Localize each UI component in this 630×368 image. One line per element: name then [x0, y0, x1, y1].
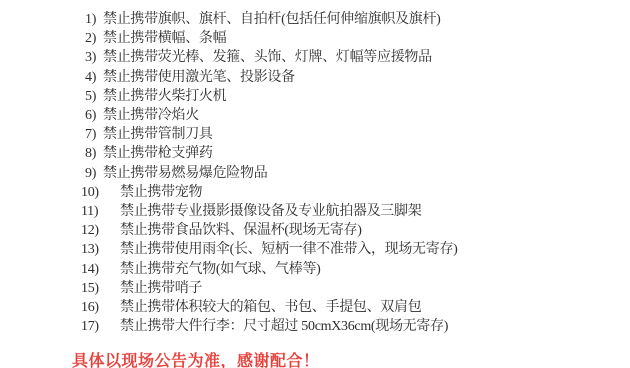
item-number: 13)	[81, 240, 120, 259]
list-item: 15)禁止携带哨子	[0, 279, 630, 298]
list-item: 3)禁止携带荧光棒、发箍、头饰、灯牌、灯幅等应援物品	[0, 48, 630, 67]
item-text: 禁止携带枪支弹药	[103, 146, 213, 161]
item-number: 7)	[85, 125, 103, 144]
list-item: 5)禁止携带火柴打火机	[0, 87, 630, 106]
item-number: 1)	[85, 10, 103, 29]
footer-note: 具体以现场公告为准，感谢配合！	[0, 353, 630, 368]
list-item: 2)禁止携带横幅、条幅	[0, 29, 630, 48]
list-item: 8)禁止携带枪支弹药	[0, 144, 630, 163]
list-item: 14)禁止携带充气物(如气球、气棒等)	[0, 260, 630, 279]
item-number: 14)	[81, 260, 120, 279]
list-item: 6)禁止携带冷焰火	[0, 106, 630, 125]
list-item: 4)禁止携带使用激光笔、投影设备	[0, 68, 630, 87]
list-item: 9)禁止携带易燃易爆危险物品	[0, 164, 630, 183]
item-number: 2)	[85, 29, 103, 48]
item-text: 禁止携带使用激光笔、投影设备	[103, 70, 295, 85]
item-text: 禁止携带体积较大的箱包、书包、手提包、双肩包	[120, 300, 421, 315]
item-number: 10)	[81, 183, 120, 202]
item-text: 禁止携带横幅、条幅	[103, 31, 226, 46]
item-text: 禁止携带食品饮料、保温杯(现场无寄存)	[120, 223, 362, 238]
item-number: 8)	[85, 144, 103, 163]
item-text: 禁止携带旗帜、旗杆、自拍杆(包括任何伸缩旗帜及旗杆)	[103, 12, 441, 27]
list-item: 13)禁止携带使用雨伞(长、短柄一律不准带入，现场无寄存)	[0, 240, 630, 259]
item-number: 17)	[81, 317, 120, 336]
document-page: 1)禁止携带旗帜、旗杆、自拍杆(包括任何伸缩旗帜及旗杆) 2)禁止携带横幅、条幅…	[0, 0, 630, 368]
item-text: 禁止携带火柴打火机	[103, 89, 226, 104]
item-number: 4)	[85, 68, 103, 87]
item-text: 禁止携带易燃易爆危险物品	[103, 166, 267, 181]
list-item: 16)禁止携带体积较大的箱包、书包、手提包、双肩包	[0, 298, 630, 317]
list-item: 12)禁止携带食品饮料、保温杯(现场无寄存)	[0, 221, 630, 240]
list-item: 1)禁止携带旗帜、旗杆、自拍杆(包括任何伸缩旗帜及旗杆)	[0, 10, 630, 29]
item-text: 禁止携带充气物(如气球、气棒等)	[120, 262, 321, 277]
item-number: 15)	[81, 279, 120, 298]
list-item: 10)禁止携带宠物	[0, 183, 630, 202]
item-text: 禁止携带冷焰火	[103, 108, 199, 123]
item-number: 9)	[85, 164, 103, 183]
item-number: 6)	[85, 106, 103, 125]
item-text: 禁止携带荧光棒、发箍、头饰、灯牌、灯幅等应援物品	[103, 50, 432, 65]
item-number: 5)	[85, 87, 103, 106]
item-number: 11)	[81, 202, 120, 221]
item-text: 禁止携带专业摄影摄像设备及专业航拍器及三脚架	[120, 204, 421, 219]
item-number: 12)	[81, 221, 120, 240]
prohibited-items-list: 1)禁止携带旗帜、旗杆、自拍杆(包括任何伸缩旗帜及旗杆) 2)禁止携带横幅、条幅…	[0, 0, 630, 336]
list-item: 11)禁止携带专业摄影摄像设备及专业航拍器及三脚架	[0, 202, 630, 221]
item-text: 禁止携带宠物	[120, 185, 202, 200]
item-text: 禁止携带管制刀具	[103, 127, 213, 142]
list-item: 17)禁止携带大件行李：尺寸超过 50cmX36cm(现场无寄存)	[0, 317, 630, 336]
item-text: 禁止携带哨子	[120, 281, 202, 296]
list-item: 7)禁止携带管制刀具	[0, 125, 630, 144]
item-number: 3)	[85, 48, 103, 67]
item-number: 16)	[81, 298, 120, 317]
item-text: 禁止携带大件行李：尺寸超过 50cmX36cm(现场无寄存)	[120, 319, 448, 334]
item-text: 禁止携带使用雨伞(长、短柄一律不准带入，现场无寄存)	[120, 242, 458, 257]
